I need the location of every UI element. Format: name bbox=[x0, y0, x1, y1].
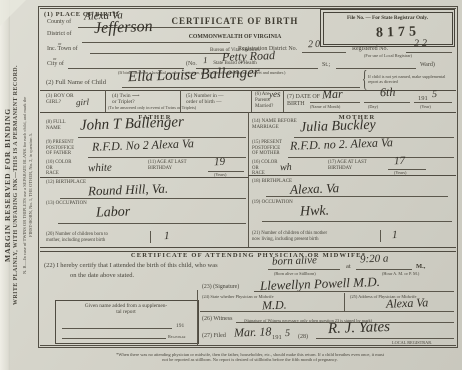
father-birthplace-line bbox=[60, 198, 246, 199]
signature-label: (23) (Signature) bbox=[202, 284, 239, 291]
father-color-value: white bbox=[88, 162, 112, 175]
supplemental-sign-line bbox=[62, 338, 166, 339]
mother-color-rule bbox=[248, 175, 456, 176]
birth-time-line bbox=[356, 269, 412, 270]
mother-name-value: Julia Buckley bbox=[300, 118, 376, 137]
item-28-label: (28) bbox=[298, 334, 308, 341]
father-age-label: (11) AGE AT LAST BIRTHDAY bbox=[148, 160, 187, 171]
supplemental-year-label: 191 bbox=[176, 323, 184, 329]
dob-day-line bbox=[364, 102, 410, 103]
certify-text: (22) I hereby certify that I attended th… bbox=[44, 262, 218, 270]
sex-value: girl bbox=[76, 97, 89, 107]
mother-occupation-value: Hwk. bbox=[300, 203, 330, 220]
child-name-label: (2) Full Name of Child bbox=[46, 79, 106, 87]
file-number-box-inner: File No. — For State Registrar Only. 817… bbox=[323, 12, 453, 45]
parents-divider bbox=[248, 112, 249, 247]
children-born-tick bbox=[150, 231, 151, 243]
dob-year-note: (Year) bbox=[420, 104, 431, 109]
mother-birthplace-label: (18) BIRTHPLACE bbox=[252, 179, 292, 185]
county-label: County of bbox=[47, 19, 71, 26]
father-birthplace-value: Round Hill, Va. bbox=[88, 181, 169, 200]
father-birthplace-label: (12) BIRTHPLACE bbox=[46, 180, 86, 186]
unnamed-note: If child is not yet named, make suppleme… bbox=[368, 74, 454, 84]
dob-day-value: 6th bbox=[380, 85, 396, 101]
col-divider-1 bbox=[105, 90, 106, 112]
mother-age-label: (17) AGE AT LAST BIRTHDAY bbox=[328, 160, 367, 171]
street-name-value: Petty Road bbox=[222, 48, 275, 65]
filed-label: (27) Filed bbox=[202, 333, 226, 340]
st-label: St.; bbox=[322, 62, 330, 69]
margin-firstborn-note: FIRST-BORN, No. 1, THE OTHER, No. 2, in … bbox=[28, 0, 33, 370]
mother-po-line bbox=[288, 157, 454, 158]
local-registrar-signature: R. J. Yates bbox=[328, 319, 391, 338]
physician-heading: CERTIFICATE OF ATTENDING PHYSICIAN OR MI… bbox=[40, 252, 457, 260]
registrar-signature-line bbox=[316, 338, 454, 339]
filed-year-printed: 191 bbox=[272, 334, 282, 342]
filed-date-value: Mar. 18 bbox=[234, 324, 272, 340]
file-number-label: File No. — For State Registrar Only. bbox=[326, 15, 450, 21]
twin-label: (4) Twin ⟶ or Triplet? bbox=[112, 93, 140, 106]
file-number-box: File No. — For State Registrar Only. 817… bbox=[320, 9, 455, 47]
twin-note: (To be answered only in event of Twins o… bbox=[108, 105, 258, 110]
dob-day-note: (Day) bbox=[368, 104, 378, 109]
father-name-value: John T Ballenger bbox=[80, 114, 184, 135]
registered-no-value: 22 bbox=[414, 38, 430, 50]
birth-order-label: (5) Number in — order of birth — bbox=[186, 93, 224, 106]
supplemental-date-line bbox=[62, 328, 172, 329]
mother-name-label: (14) NAME BEFORE MARRIAGE bbox=[252, 119, 297, 131]
mother-age-value: 17 bbox=[394, 155, 405, 167]
district-line bbox=[82, 42, 230, 43]
mother-po-label: (15) PRESENT POSTOFFICE OF MOTHER bbox=[252, 140, 282, 157]
footnote: *When there was no attending physician o… bbox=[44, 352, 456, 363]
at-label: at bbox=[346, 263, 351, 271]
lower-column-divider bbox=[197, 290, 198, 345]
physician-section-rule bbox=[40, 247, 456, 252]
inc-town-line bbox=[90, 53, 230, 54]
mother-birthplace-line bbox=[266, 196, 448, 197]
children-living-value: 1 bbox=[392, 229, 398, 241]
inc-town-label: Inc. Town of bbox=[47, 46, 78, 53]
supplemental-registrar-label: Registrar bbox=[168, 334, 186, 339]
mother-color-value: wh bbox=[280, 162, 292, 173]
ward-label: Ward) bbox=[420, 62, 435, 69]
born-alive-value: born alive bbox=[272, 254, 317, 268]
street-no-value: 1 bbox=[203, 55, 208, 65]
children-living-label: (21) Number of children of this mother n… bbox=[252, 231, 327, 242]
witness-label: (26) Witness bbox=[202, 316, 232, 323]
local-registrar-use-note: (For use of Local Registrar) bbox=[364, 53, 412, 58]
parents-married-value: yes bbox=[269, 89, 281, 99]
registered-no-line bbox=[406, 52, 452, 53]
unnamed-note-brace: { bbox=[362, 67, 367, 92]
born-alive-line bbox=[268, 269, 340, 270]
children-living-tick bbox=[380, 230, 381, 242]
filed-year-hw: 5 bbox=[285, 328, 290, 339]
father-age-value: 19 bbox=[214, 156, 225, 168]
signature-line bbox=[254, 291, 454, 292]
district-value: Jefferson bbox=[94, 18, 153, 38]
hour-note: (Hour A. M. or P. M.) bbox=[382, 271, 419, 276]
mother-occupation-label: (19) OCCUPATION bbox=[252, 200, 293, 206]
margin-binding-note: MARGIN RESERVED FOR BINDING bbox=[3, 0, 12, 370]
margin-ink-note: WRITE PLAINLY, WITH UNFADING INK—THIS IS… bbox=[13, 0, 19, 370]
certify-text-2: on the date above stated. bbox=[70, 272, 134, 280]
mother-occupation-line bbox=[262, 221, 452, 222]
father-color-rule bbox=[40, 177, 248, 178]
local-registrar-label: LOCAL REGISTRAR. bbox=[392, 340, 432, 345]
father-color-label: (10) COLOR OR RACE bbox=[46, 160, 71, 177]
supplemental-text: Given name added from a supplemen- tal r… bbox=[58, 303, 194, 316]
birth-certificate-scan: MARGIN RESERVED FOR BINDING WRITE PLAINL… bbox=[0, 0, 462, 370]
margin-twins-note: N. B.—In case of TWINS OR TRIPLETS use a… bbox=[22, 0, 27, 370]
dob-month-note: (Name of Month) bbox=[310, 104, 340, 109]
father-occupation-value: Labor bbox=[96, 204, 131, 221]
district-label: District of bbox=[47, 31, 72, 38]
father-name-label: (8) FULL NAME bbox=[46, 120, 66, 132]
address-value: Alexa Va bbox=[386, 295, 429, 311]
registration-district-line bbox=[302, 52, 346, 53]
whether-address-line bbox=[200, 311, 454, 312]
commonwealth-subtitle: COMMONWEALTH OF VIRGINIA bbox=[152, 34, 318, 41]
sex-label: (3) BOY OR GIRL? bbox=[46, 93, 74, 106]
registration-district-value: 20 bbox=[308, 39, 322, 50]
meridiem-label: M., bbox=[416, 263, 425, 271]
col-divider-4 bbox=[283, 90, 284, 112]
certificate-title: CERTIFICATE OF BIRTH bbox=[152, 16, 318, 27]
city-label: City of bbox=[47, 61, 64, 68]
children-born-label: (20) Number of children born to mother, … bbox=[46, 232, 108, 243]
dob-month-value: Mar bbox=[322, 87, 343, 103]
dob-month-line bbox=[310, 102, 360, 103]
dob-year-line bbox=[414, 102, 452, 103]
children-born-value: 1 bbox=[164, 230, 170, 242]
whether-address-divider bbox=[344, 293, 345, 311]
father-occupation-label: (13) OCCUPATION bbox=[46, 201, 87, 207]
dob-year-hw: 5 bbox=[432, 89, 437, 100]
father-occupation-line bbox=[58, 223, 246, 224]
birth-time-value: 9:20 a bbox=[360, 253, 389, 266]
father-po-label: (9) PRESENT POSTOFFICE OF FATHER bbox=[46, 140, 74, 157]
